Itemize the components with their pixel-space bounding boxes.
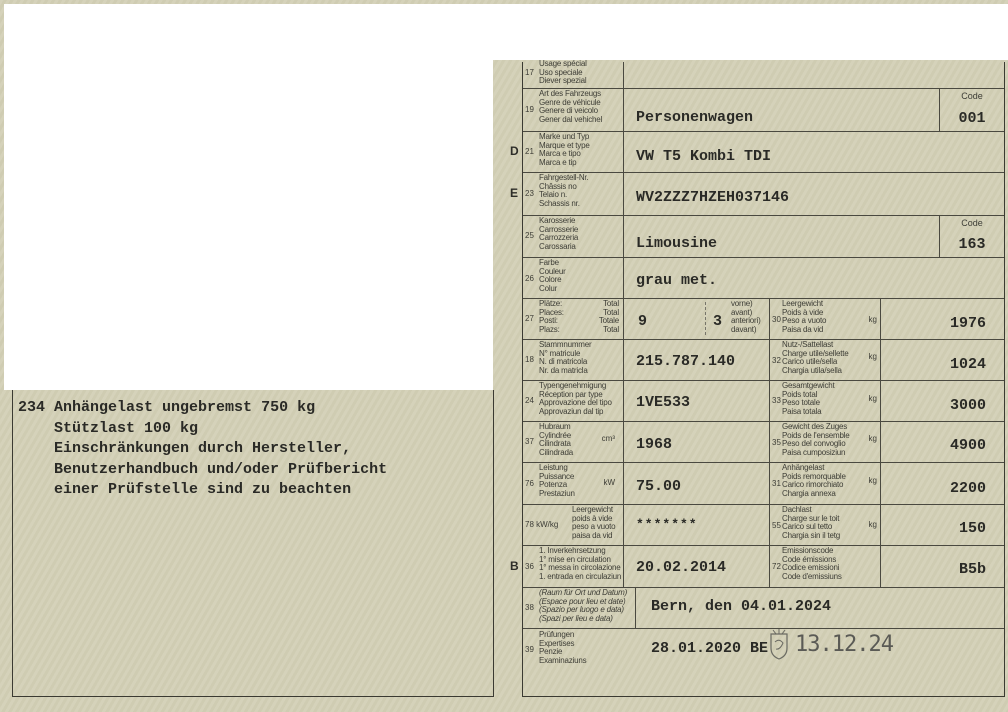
field-27-30-seats-empty-weight: 27 Plätze: Places: Posti: Plazs: Total T…	[523, 298, 1004, 340]
canton-bern-stamp-icon	[768, 628, 790, 660]
remarks-line-3: Einschränkungen durch Hersteller,	[54, 440, 351, 457]
towing-capacity-value: 2200	[950, 480, 986, 497]
remarks-line-4: Benutzerhandbuch und/oder Prüfbericht	[54, 461, 387, 478]
empty-weight-value: 1976	[950, 315, 986, 332]
field-18-32-matricule-payload: 18 Stammnummer N° matricule N. di matric…	[523, 339, 1004, 381]
field-38-place-date: 38 (Raum für Ort und Datum) (Espace pour…	[523, 587, 1004, 629]
displacement-value: 1968	[636, 436, 672, 453]
field-25-body: 25 Karosserie Carrosserie Carrozzeria Ca…	[523, 215, 1004, 258]
field-36-72-first-registration-emission: B 36 1. Inverkehrsetzung 1° mise en circ…	[523, 545, 1004, 588]
stamp-date: 13.12.24	[795, 632, 893, 657]
field-39-inspections: Prüfungen Expertises Penzie Examinaziuns…	[523, 628, 1004, 696]
field-37-35-displacement-train-weight: 37 Hubraum Cylindrée Cilindrata Cilindra…	[523, 421, 1004, 463]
power-weight-value: *******	[636, 517, 698, 532]
emission-code-value: B5b	[959, 561, 986, 578]
field-17-special-use: 17 Usage spécial Uso speciale Diever spe…	[523, 62, 1004, 89]
matricule-value: 215.787.140	[636, 353, 735, 370]
vehicle-kind-code-box: Code 001	[939, 88, 1004, 131]
make-type-value: VW T5 Kombi TDI	[636, 148, 771, 165]
roof-load-value: 150	[959, 520, 986, 537]
field-23-chassis-number: E 23 Fahrgestell-Nr. Châssis no Telaio n…	[523, 172, 1004, 216]
chassis-number-value: WV2ZZZ7HZEH037146	[636, 189, 789, 206]
vehicle-kind-value: Personenwagen	[636, 109, 753, 126]
vehicle-kind-code: 001	[940, 110, 1004, 127]
field-19-vehicle-kind: 19 Art des Fahrzeugs Genre de véhicule G…	[523, 88, 1004, 132]
field-24-33-type-approval-total-weight: 24 Typengenehmigung Réception par type A…	[523, 380, 1004, 422]
type-approval-value: 1VE533	[636, 394, 690, 411]
redaction-left	[4, 4, 493, 390]
color-value: grau met.	[636, 272, 717, 289]
field-78-55-power-weight-roof-load: 78 kW/kg Leergewicht poids à vide peso a…	[523, 504, 1004, 546]
field-26-color: 26 Farbe Couleur Colore Colur grau met.	[523, 257, 1004, 299]
body-value: Limousine	[636, 235, 717, 252]
first-registration-value: 20.02.2014	[636, 559, 726, 576]
payload-value: 1024	[950, 356, 986, 373]
remarks-code: 234	[18, 399, 45, 416]
total-weight-value: 3000	[950, 397, 986, 414]
seats-total-value: 9	[638, 313, 647, 330]
inspection-value: 28.01.2020 BE	[651, 640, 768, 657]
seats-front-value: 3	[713, 313, 722, 330]
body-code-box: Code 163	[939, 215, 1004, 257]
power-value: 75.00	[636, 478, 681, 495]
remarks-text: 234 Anhängelast ungebremst 750 kg Stützl…	[18, 398, 387, 501]
remarks-line-5: einer Prüfstelle sind zu beachten	[54, 481, 351, 498]
field-21-make-type: D 21 Marke und Typ Marque et type Marca …	[523, 131, 1004, 173]
train-weight-value: 4900	[950, 437, 986, 454]
field-76-31-power-towing: 76 Leistung Puissance Potenza Prestaziun…	[523, 462, 1004, 505]
body-code: 163	[940, 236, 1004, 253]
remarks-line-1: Anhängelast ungebremst 750 kg	[54, 399, 315, 416]
vehicle-registration-form: 17 Usage spécial Uso speciale Diever spe…	[522, 62, 1005, 697]
remarks-line-2: Stützlast 100 kg	[54, 420, 198, 437]
redaction-right	[493, 4, 1008, 60]
field-17-label: 17 Usage spécial Uso speciale Diever spe…	[523, 62, 624, 88]
place-date-value: Bern, den 04.01.2024	[651, 598, 831, 615]
